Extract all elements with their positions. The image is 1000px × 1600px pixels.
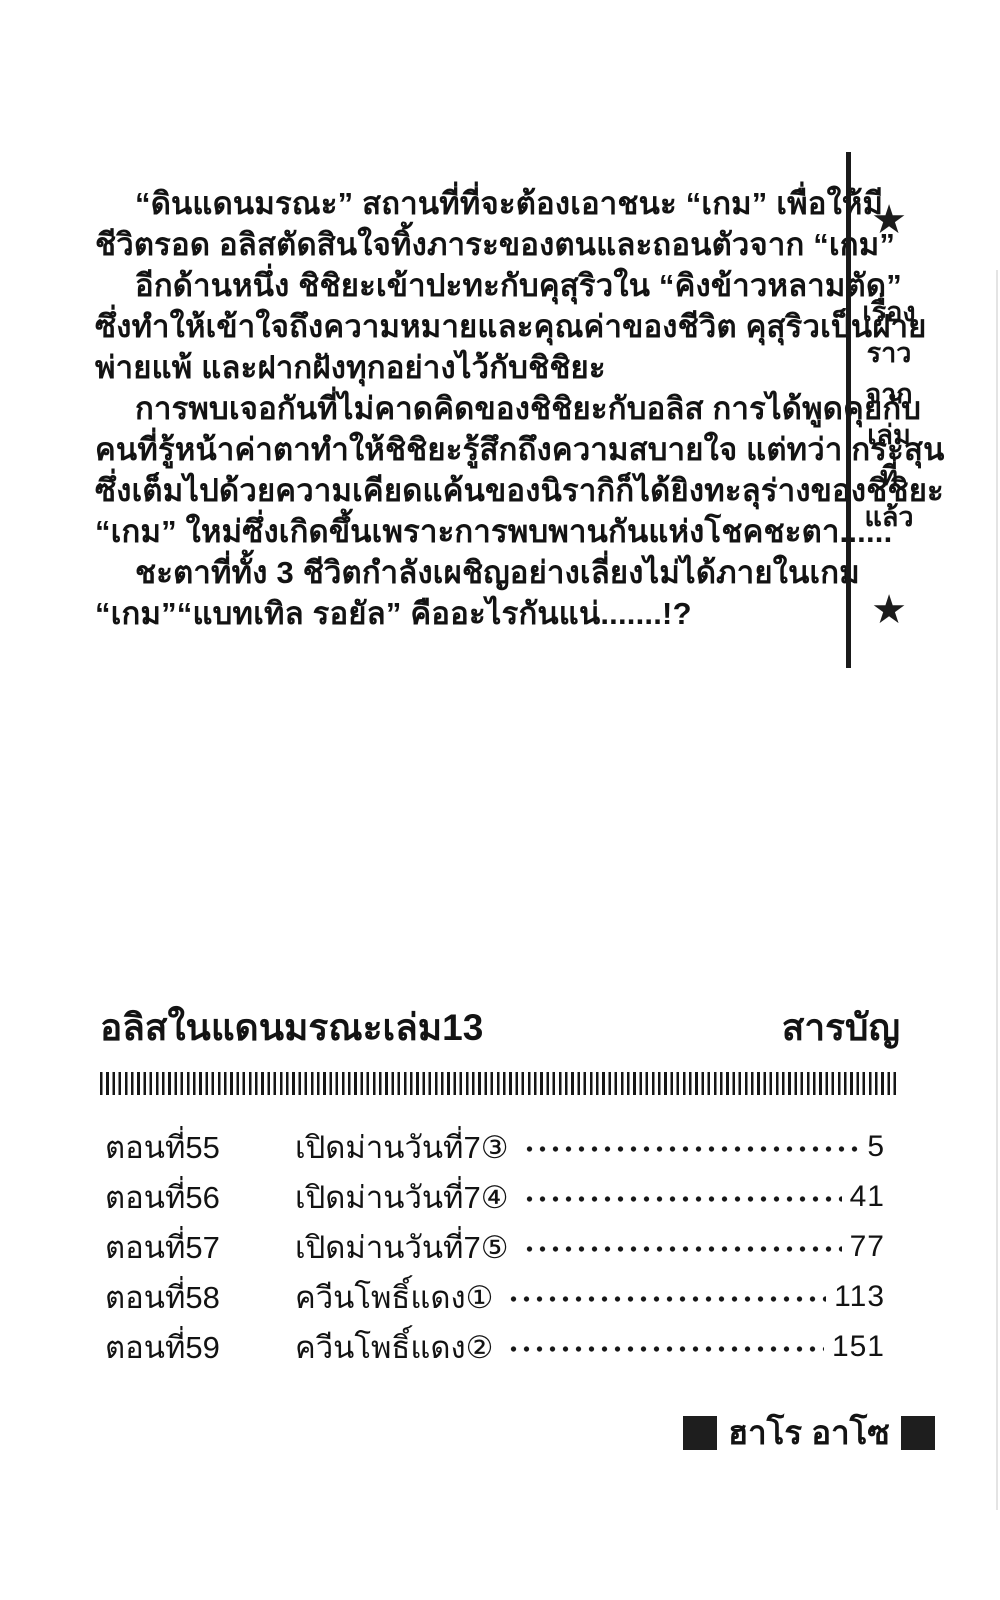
chapter-title: ควีนโพธิ์แดง① bbox=[295, 1272, 493, 1322]
dot-leader bbox=[507, 1345, 824, 1353]
striped-divider bbox=[100, 1072, 900, 1095]
chapter-number: ตอนที่59 bbox=[105, 1322, 295, 1372]
recap-line: “เกม”“แบทเทิล รอยัล” คืออะไรกันแน่......… bbox=[95, 593, 820, 634]
toc-heading: สารบัญ bbox=[782, 1006, 900, 1050]
page-number: 151 bbox=[832, 1330, 885, 1364]
chapter-title: เปิดม่านวันที่7⑤ bbox=[295, 1222, 509, 1272]
sidebar-word: ราว bbox=[867, 333, 912, 374]
page-number: 41 bbox=[850, 1180, 885, 1214]
sidebar-word: เล่ม bbox=[867, 415, 911, 456]
chapter-number: ตอนที่58 bbox=[105, 1272, 295, 1322]
sidebar-caption: ★ เรื่อง ราว จาก เล่ม ที่ แล้ว ★ bbox=[851, 200, 927, 630]
author-name: ฮาโร อาโซ bbox=[728, 1406, 890, 1459]
chapter-number: ตอนที่56 bbox=[105, 1172, 295, 1222]
black-square-icon bbox=[901, 1416, 935, 1450]
recap-line: อีกด้านหนึ่ง ชิชิยะเข้าปะทะกับคุสุริวใน … bbox=[95, 265, 820, 306]
sidebar-word: ที่ bbox=[880, 456, 898, 497]
star-icon: ★ bbox=[871, 590, 907, 630]
chapter-number: ตอนที่55 bbox=[105, 1122, 295, 1172]
recap-line: ซึ่งทำให้เข้าใจถึงความหมายและคุณค่าของชี… bbox=[95, 306, 820, 347]
scan-edge-artifact bbox=[996, 270, 998, 1510]
toc-row: ตอนที่58 ควีนโพธิ์แดง① 113 bbox=[105, 1272, 885, 1322]
toc-row: ตอนที่56 เปิดม่านวันที่7④ 41 bbox=[105, 1172, 885, 1222]
dot-leader bbox=[523, 1245, 842, 1253]
toc-row: ตอนที่57 เปิดม่านวันที่7⑤ 77 bbox=[105, 1222, 885, 1272]
recap-line: การพบเจอกันที่ไม่คาดคิดของชิชิยะกับอลิส … bbox=[95, 388, 820, 429]
recap-line: ชะตาที่ทั้ง 3 ชีวิตกำลังเผชิญอย่างเลี่ยง… bbox=[95, 552, 820, 593]
sidebar-word: เรื่อง bbox=[862, 292, 915, 333]
story-recap: “ดินแดนมรณะ” สถานที่ที่จะต้องเอาชนะ “เกม… bbox=[95, 183, 820, 634]
recap-line: พ่ายแพ้ และฝากฝังทุกอย่างไว้กับชิชิยะ bbox=[95, 347, 820, 388]
manga-toc-page: “ดินแดนมรณะ” สถานที่ที่จะต้องเอาชนะ “เกม… bbox=[0, 0, 1000, 1600]
chapter-title: เปิดม่านวันที่7④ bbox=[295, 1172, 509, 1222]
recap-line: ซึ่งเต็มไปด้วยความเคียดแค้นของนิรากิก็ได… bbox=[95, 470, 820, 511]
sidebar-caption-text: เรื่อง ราว จาก เล่ม ที่ แล้ว bbox=[862, 292, 915, 538]
sidebar-word: จาก bbox=[865, 374, 912, 415]
recap-line: “เกม” ใหม่ซึ่งเกิดขึ้นเพราะการพบพานกันแห… bbox=[95, 511, 820, 552]
recap-line: คนที่รู้หน้าค่าตาทำให้ชิชิยะรู้สึกถึงควา… bbox=[95, 429, 820, 470]
recap-line: ชีวิตรอด อลิสตัดสินใจทิ้งภาระของตนและถอน… bbox=[95, 224, 820, 265]
chapter-title: ควีนโพธิ์แดง② bbox=[295, 1322, 493, 1372]
toc-header: อลิสในแดนมรณะเล่ม13 สารบัญ bbox=[100, 1006, 900, 1050]
dot-leader bbox=[507, 1295, 826, 1303]
toc-row: ตอนที่59 ควีนโพธิ์แดง② 151 bbox=[105, 1322, 885, 1372]
sidebar-word: แล้ว bbox=[864, 497, 913, 538]
star-icon: ★ bbox=[871, 200, 907, 240]
dot-leader bbox=[523, 1145, 860, 1153]
book-title: อลิสในแดนมรณะเล่ม13 bbox=[100, 1006, 483, 1050]
page-number: 5 bbox=[867, 1130, 885, 1164]
chapter-title: เปิดม่านวันที่7③ bbox=[295, 1122, 509, 1172]
toc-row: ตอนที่55 เปิดม่านวันที่7③ 5 bbox=[105, 1122, 885, 1172]
author-footer: ฮาโร อาโซ bbox=[683, 1406, 935, 1459]
recap-line: “ดินแดนมรณะ” สถานที่ที่จะต้องเอาชนะ “เกม… bbox=[95, 183, 820, 224]
black-square-icon bbox=[683, 1416, 717, 1450]
toc-list: ตอนที่55 เปิดม่านวันที่7③ 5 ตอนที่56 เปิ… bbox=[105, 1122, 885, 1372]
page-number: 77 bbox=[850, 1230, 885, 1264]
page-number: 113 bbox=[834, 1280, 885, 1314]
dot-leader bbox=[523, 1195, 842, 1203]
chapter-number: ตอนที่57 bbox=[105, 1222, 295, 1272]
